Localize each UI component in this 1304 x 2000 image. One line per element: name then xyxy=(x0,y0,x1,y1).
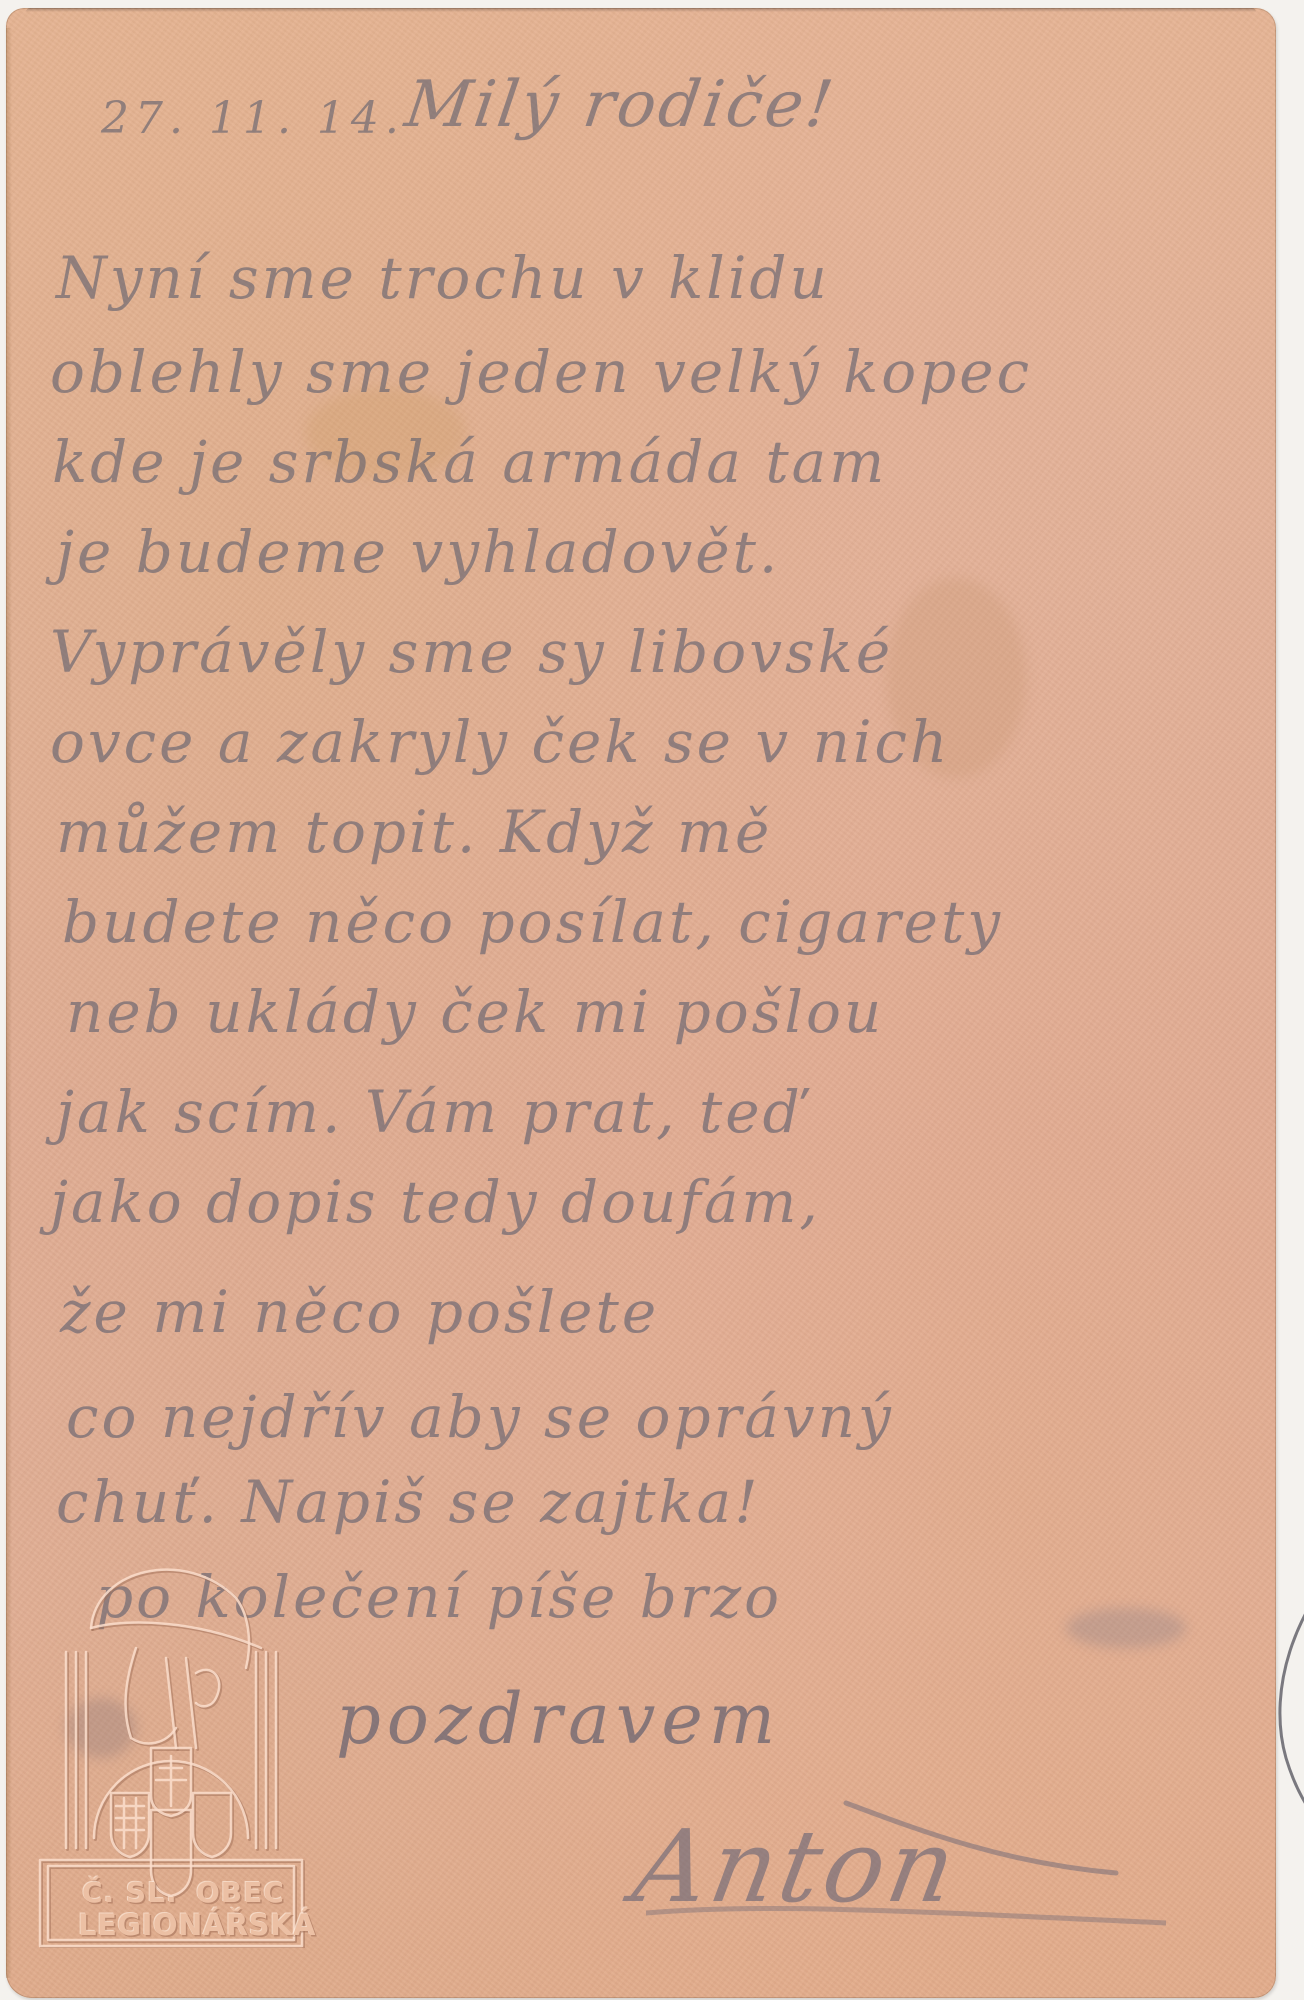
letter-line: že mi něco pošlete xyxy=(60,1278,659,1346)
card-left-edge-shadow xyxy=(6,28,12,1978)
letter-line: chuť. Napiš se zajtka! xyxy=(56,1468,761,1536)
letter-line: Nyní sme trochu v klidu xyxy=(56,244,830,312)
letter-line: oblehly sme jeden velký kopec xyxy=(50,338,1032,406)
paper-stain xyxy=(1066,1608,1186,1648)
letter-line: budete něco posílat, cigarety xyxy=(62,888,1003,956)
letter-closing: pozdravem xyxy=(336,1678,781,1760)
letter-line: je budeme vyhladovět. xyxy=(56,518,780,586)
card-top-edge-shadow xyxy=(26,8,1256,12)
letter-line: kde je srbská armáda tam xyxy=(52,428,887,496)
postcard: 27. 11. 14. Milý rodiče! Nyní sme trochu… xyxy=(6,8,1276,1998)
emblem-text-csl: Č. SL. xyxy=(82,1876,178,1909)
letter-line: můžem topit. Když mě xyxy=(56,798,772,866)
signature-underline xyxy=(646,1763,1166,1943)
postmark-fragment: U G xyxy=(1256,1538,1304,1868)
emblem-text-legionarska: LEGIONÁŘSKÁ xyxy=(78,1908,316,1942)
letter-date: 27. 11. 14. xyxy=(101,93,405,144)
emblem-text-obec: OBEC xyxy=(196,1876,285,1909)
letter-line: Vyprávěly sme sy libovské xyxy=(50,618,893,686)
letter-line: ovce a zakryly ček se v nich xyxy=(50,708,950,776)
letter-line: co nejdřív aby se oprávný xyxy=(66,1383,894,1451)
letter-line: jak scím. Vám prat, teď xyxy=(56,1078,803,1146)
letter-line: neb uklády ček mi pošlou xyxy=(66,978,884,1046)
letter-line: jako dopis tedy doufám, xyxy=(50,1168,821,1236)
legion-emblem: Č. SL. OBEC LEGIONÁŘSKÁ xyxy=(36,1548,306,1948)
letter-greeting: Milý rodiče! xyxy=(401,68,840,142)
